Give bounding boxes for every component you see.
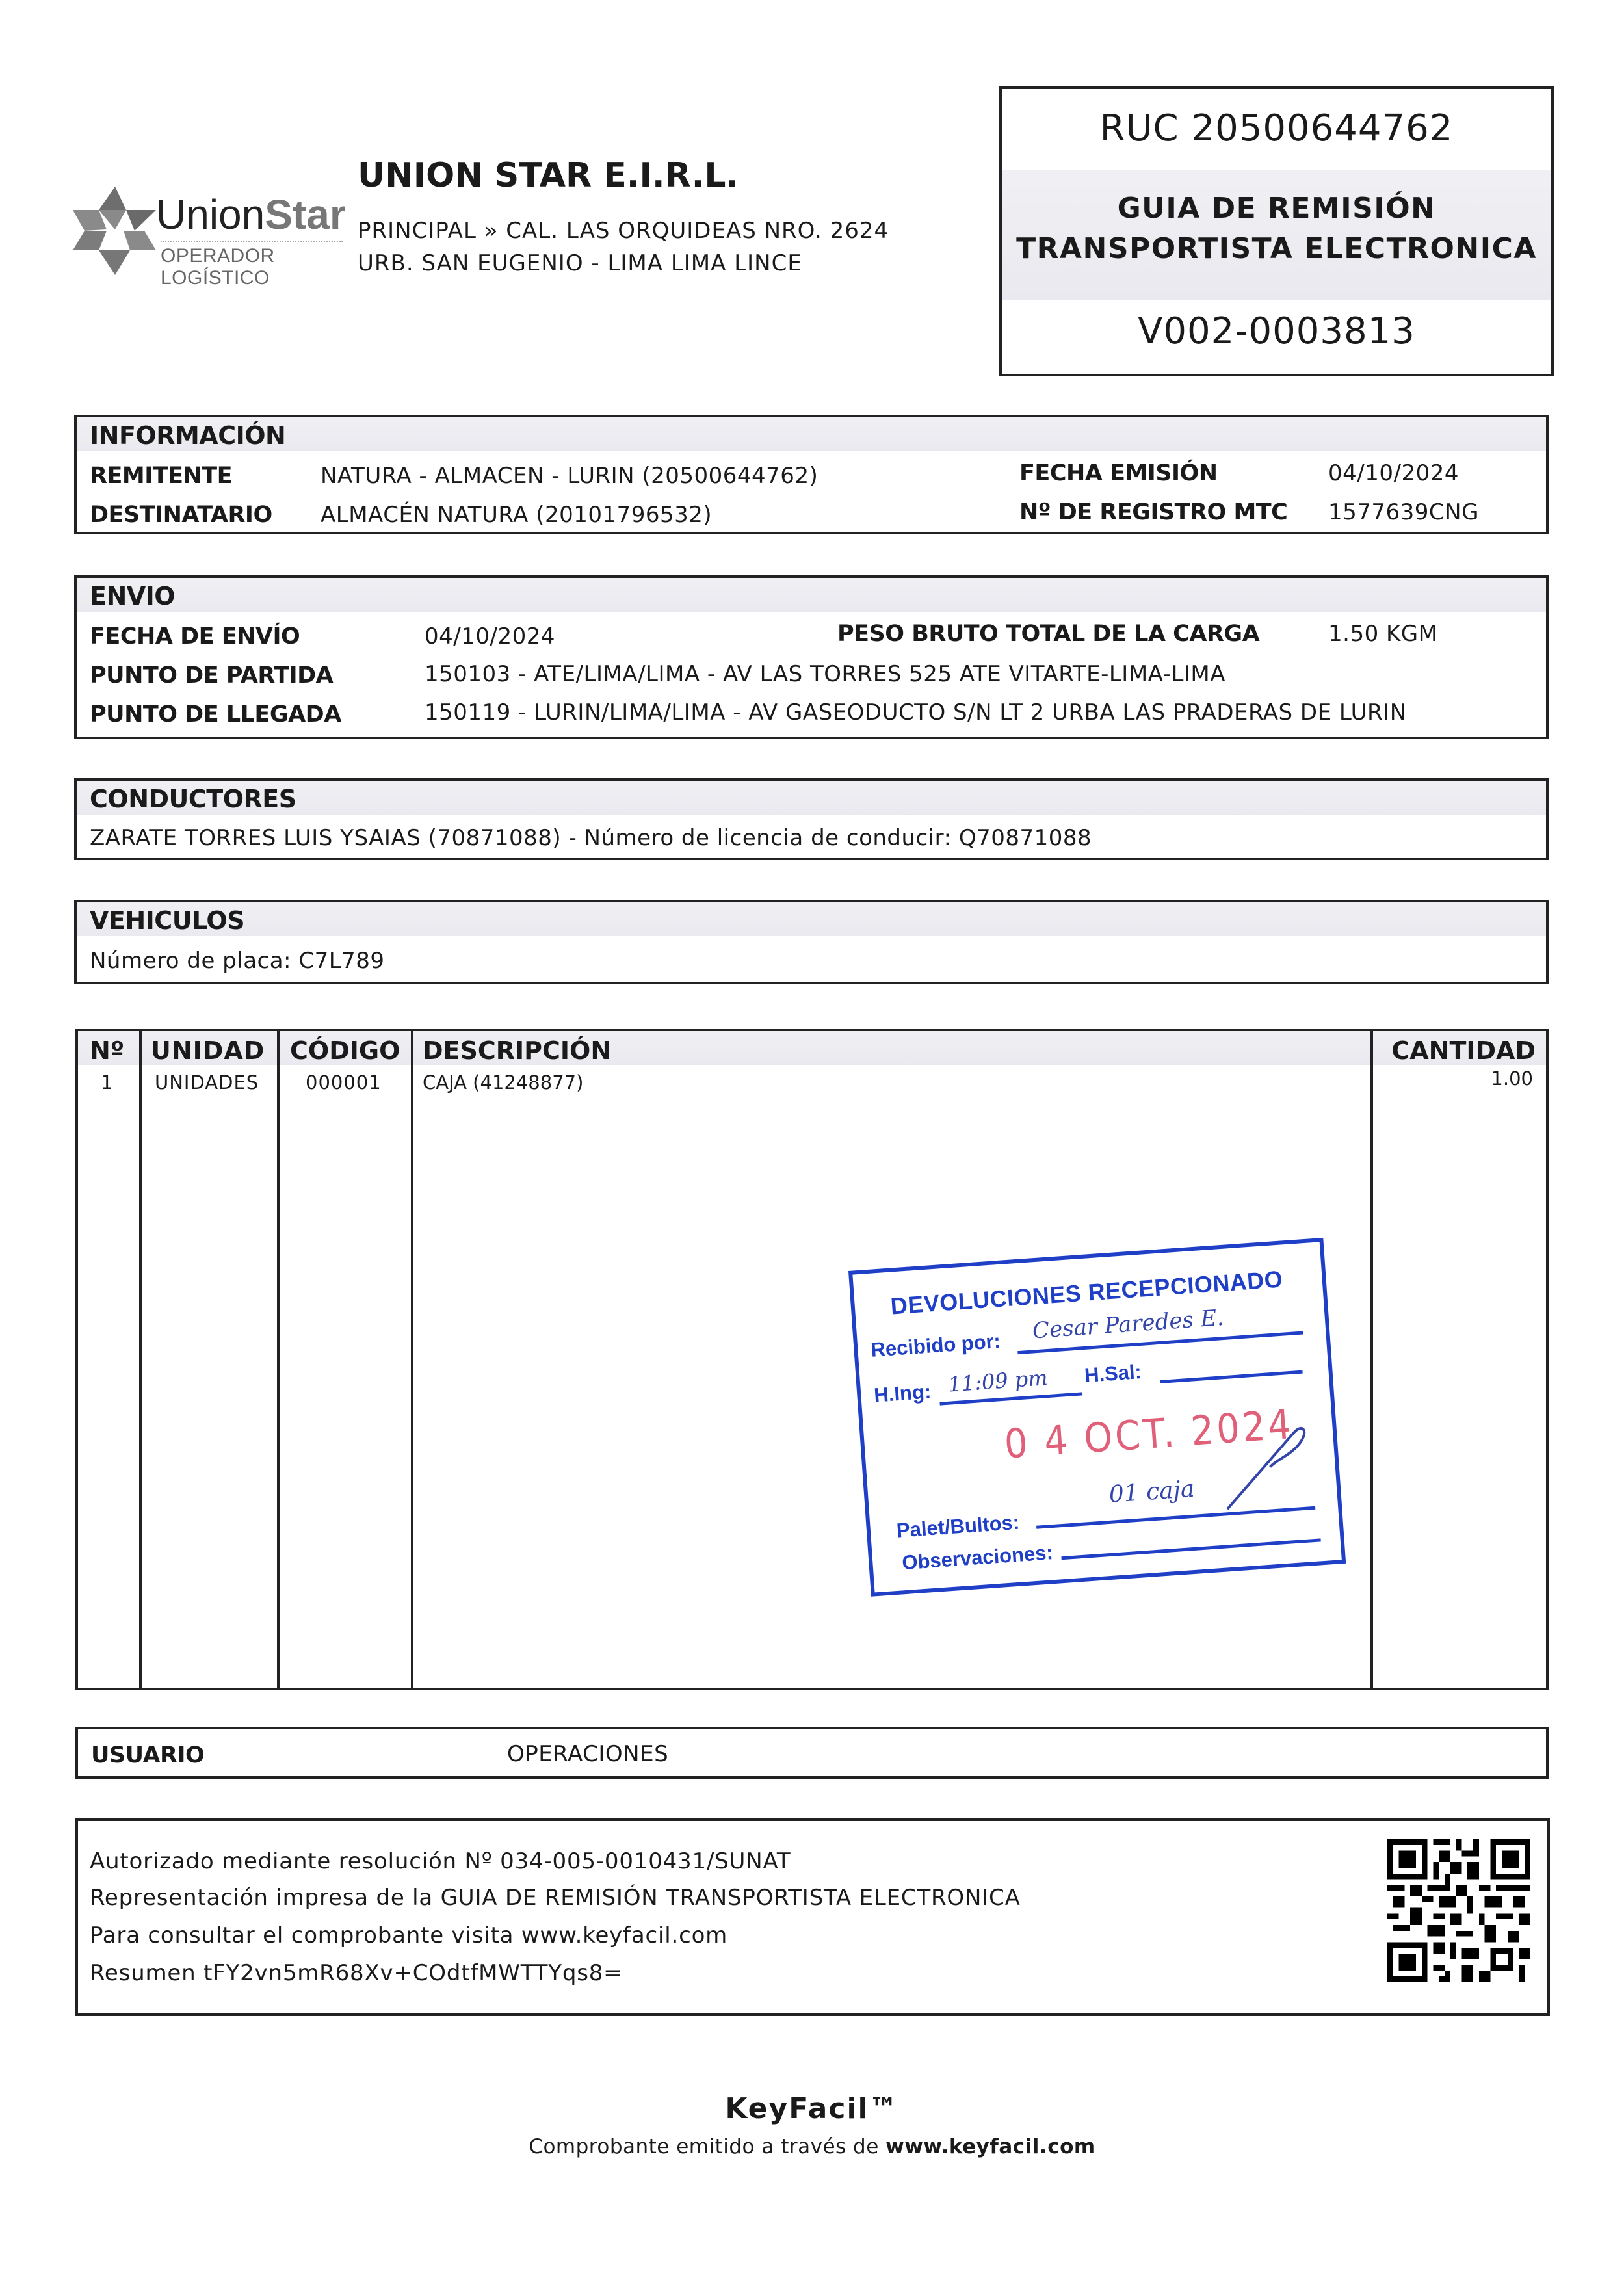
cell-no: 1: [101, 1071, 112, 1094]
vehiculos-title: VEHICULOS: [90, 906, 244, 935]
company-address-line1: PRINCIPAL » CAL. LAS ORQUIDEAS NRO. 2624: [358, 218, 889, 244]
peso-bruto-label: PESO BRUTO TOTAL DE LA CARGA: [837, 621, 1259, 647]
keyfacil-brand: KeyFacil™: [0, 2092, 1624, 2125]
emitted-prefix: Comprobante emitido a través de: [529, 2135, 885, 2158]
remitente-label: REMITENTE: [90, 463, 232, 489]
authorization-line: Autorizado mediante resolución Nº 034-00…: [90, 1848, 791, 1874]
destinatario-value: ALMACÉN NATURA (20101796532): [321, 502, 712, 528]
envio-title: ENVIO: [90, 582, 175, 610]
ruc-number: RUC 20500644762: [1002, 107, 1551, 150]
document-title-line2: TRANSPORTISTA ELECTRONICA: [1002, 232, 1551, 265]
stamp-title: DEVOLUCIONES RECEPCIONADO: [890, 1265, 1284, 1320]
column-header-unidad: UNIDAD: [151, 1036, 265, 1065]
conductores-section: CONDUCTORES ZARATE TORRES LUIS YSAIAS (7…: [74, 778, 1549, 860]
stamp-palet-label: Palet/Bultos:: [896, 1511, 1021, 1543]
stamp-h-ing-label: H.Ing:: [873, 1380, 932, 1408]
column-header-descripcion: DESCRIPCIÓN: [423, 1036, 611, 1065]
keyfacil-emitted-line: Comprobante emitido a través de www.keyf…: [0, 2135, 1624, 2158]
registro-mtc-label: Nº DE REGISTRO MTC: [1019, 499, 1287, 525]
fecha-emision-value: 04/10/2024: [1328, 460, 1459, 486]
fecha-emision-label: FECHA EMISIÓN: [1019, 460, 1218, 486]
conductores-title: CONDUCTORES: [90, 785, 296, 813]
company-address-line2: URB. SAN EUGENIO - LIMA LIMA LINCE: [358, 250, 802, 276]
cell-unidad: UNIDADES: [155, 1071, 259, 1094]
cell-cantidad: 1.00: [1491, 1068, 1533, 1090]
stamp-observaciones-label: Observaciones:: [901, 1541, 1054, 1575]
vehiculos-section: VEHICULOS Número de placa: C7L789: [74, 900, 1549, 984]
usuario-label: USUARIO: [91, 1742, 204, 1768]
column-header-codigo: CÓDIGO: [290, 1036, 400, 1065]
registro-mtc-value: 1577639CNG: [1328, 499, 1479, 525]
cell-descripcion: CAJA (41248877): [423, 1071, 583, 1094]
destinatario-label: DESTINATARIO: [90, 502, 272, 528]
document-id-box: RUC 20500644762 GUIA DE REMISIÓN TRANSPO…: [999, 86, 1554, 376]
document-number: V002-0003813: [1002, 310, 1551, 352]
document-title-line1: GUIA DE REMISIÓN: [1002, 192, 1551, 225]
punto-partida-value: 150103 - ATE/LIMA/LIMA - AV LAS TORRES 5…: [425, 661, 1225, 687]
company-name: UNION STAR E.I.R.L.: [358, 156, 739, 195]
authorization-section: Autorizado mediante resolución Nº 034-00…: [75, 1818, 1550, 2016]
signature-icon: [1215, 1419, 1318, 1516]
usuario-value: OPERACIONES: [507, 1741, 668, 1767]
fecha-envio-value: 04/10/2024: [425, 623, 555, 649]
star-logo-icon: [73, 185, 157, 276]
representation-line: Representación impresa de la GUIA DE REM…: [90, 1885, 1021, 1911]
fecha-envio-label: FECHA DE ENVÍO: [90, 623, 300, 649]
informacion-title: INFORMACIÓN: [90, 421, 285, 450]
qr-code-icon[interactable]: [1387, 1839, 1530, 1982]
logo-brand-star: Star: [265, 191, 346, 238]
stamp-h-ing-value: 11:09 pm: [947, 1365, 1048, 1397]
placa-value: Número de placa: C7L789: [90, 948, 385, 974]
keyfacil-link[interactable]: www.keyfacil.com: [885, 2135, 1095, 2158]
column-header-cantidad: CANTIDAD: [1391, 1036, 1536, 1065]
punto-llegada-value: 150119 - LURIN/LIMA/LIMA - AV GASEODUCTO…: [425, 700, 1407, 726]
cell-codigo: 000001: [306, 1071, 382, 1094]
punto-llegada-label: PUNTO DE LLEGADA: [90, 701, 341, 727]
informacion-section: INFORMACIÓN REMITENTE NATURA - ALMACEN -…: [74, 415, 1549, 534]
punto-partida-label: PUNTO DE PARTIDA: [90, 662, 333, 688]
column-header-no: Nº: [90, 1036, 124, 1065]
peso-bruto-value: 1.50 KGM: [1328, 621, 1438, 647]
stamp-recibido-label: Recibido por:: [870, 1330, 1001, 1362]
usuario-section: USUARIO OPERACIONES: [75, 1727, 1549, 1779]
remitente-value: NATURA - ALMACEN - LURIN (20500644762): [321, 463, 818, 489]
stamp-h-sal-label: H.Sal:: [1084, 1360, 1142, 1387]
conductor-value: ZARATE TORRES LUIS YSAIAS (70871088) - N…: [90, 825, 1092, 851]
logo-tagline: OPERADOR LOGÍSTICO: [161, 245, 346, 289]
consult-line: Para consultar el comprobante visita www…: [90, 1922, 727, 1948]
stamp-palet-value: 01 caja: [1108, 1476, 1196, 1508]
company-logo: UnionStar OPERADOR LOGÍSTICO: [73, 185, 346, 276]
reception-stamp: DEVOLUCIONES RECEPCIONADO Recibido por: …: [848, 1238, 1346, 1597]
hash-summary-line: Resumen tFY2vn5mR68Xv+COdtfMWTTYqs8=: [90, 1960, 622, 1986]
logo-brand-union: Union: [156, 191, 265, 238]
envio-section: ENVIO FECHA DE ENVÍO 04/10/2024 PESO BRU…: [74, 575, 1549, 739]
